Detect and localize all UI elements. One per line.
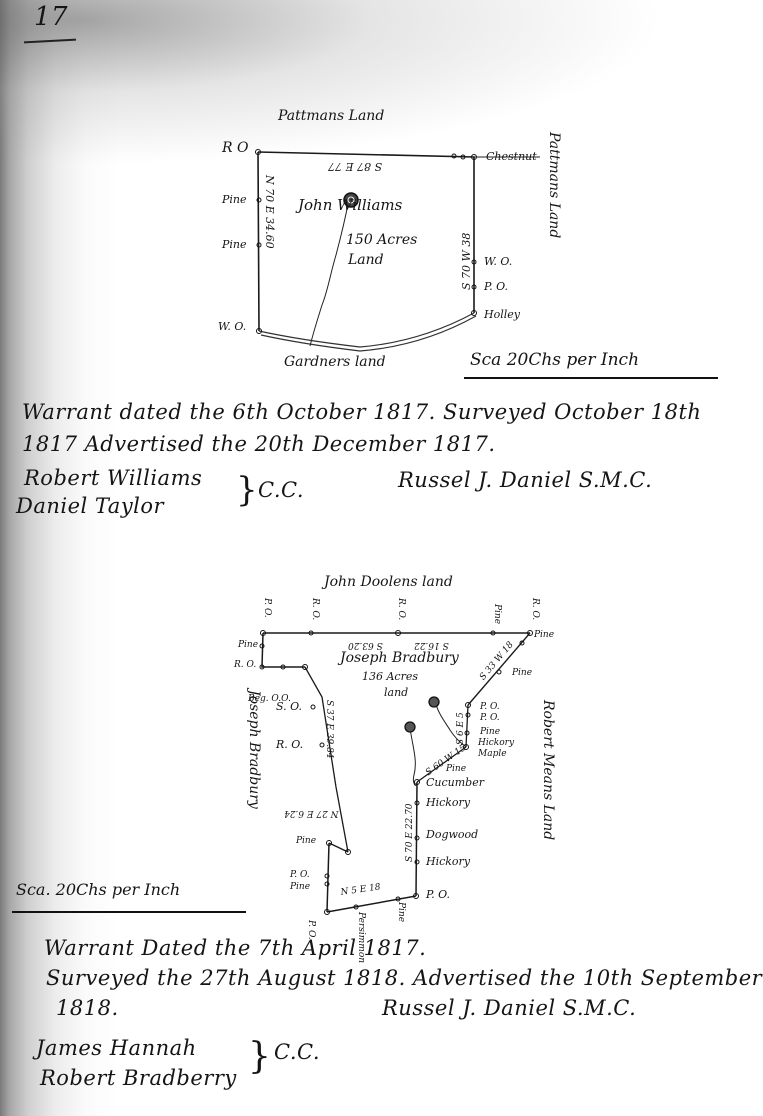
plat2-east-marker-cucumber: Cucumber <box>426 776 484 789</box>
plat2-scale-bar <box>12 911 246 913</box>
record2-line2: Surveyed the 27th August 1818. Advertise… <box>46 966 762 990</box>
plat2-west-marker-ro-2: R. O. <box>276 738 303 751</box>
plat2-east-marker-dogwood: Dogwood <box>426 828 478 841</box>
record2-chain-carrier-2: Robert Bradberry <box>40 1066 237 1090</box>
plat2-call-east-lower: S 70 E 22.70 <box>405 803 415 862</box>
plat2-bottom-marker-pine: Pine <box>396 902 406 922</box>
plat2-call-west-a: S 37 E 39.84 <box>324 700 334 759</box>
plat2-top-marker-4: Pine <box>492 604 502 624</box>
plat2-east-marker-pine-2: Pine <box>512 668 532 678</box>
plat2-call-west-b: N 27 E 6.24 <box>284 808 339 818</box>
plat2-owner-name: Joseph Bradbury <box>340 650 459 666</box>
record2-line1: Warrant Dated the 7th April 1817. <box>44 936 426 960</box>
plat2-top-marker-5: R. O. <box>530 598 540 620</box>
plat2-call-small-a: S 6 E 5 <box>456 712 466 745</box>
plat2-west-marker-pine-3: Pine <box>290 882 310 892</box>
plat2-top-marker-3: R. O. <box>396 598 406 620</box>
record2-surveyor-signature: Russel J. Daniel S.M.C. <box>382 996 636 1020</box>
plat2-scale-label: Sca. 20Chs per Inch <box>16 880 180 899</box>
plat2-east-marker-maple: Maple <box>478 749 507 759</box>
plat2-acreage: 136 Acres <box>362 670 418 683</box>
record2-chain-carrier-1: James Hannah <box>36 1036 197 1060</box>
plat2-call-north-b: S 16.22 <box>414 640 449 650</box>
plat2-top-marker-1: P. O. <box>262 598 272 618</box>
plat2-west-marker-pine-1: Pine <box>238 640 258 650</box>
plat2-west-marker-po-1: P. O. <box>290 870 310 880</box>
plat2-top-marker-2: R. O. <box>310 598 320 620</box>
plat2-east-marker-po-2: P. O. <box>480 713 500 723</box>
plat2-west-marker-ro-1: R. O. <box>234 660 256 670</box>
plat2-call-north-a: S 63.20 <box>348 640 383 650</box>
plat2-east-marker-hickory-3: Hickory <box>426 855 470 868</box>
plat2-east-marker-hickory-2: Hickory <box>426 796 470 809</box>
plat2-west-marker-pine-2: Pine <box>296 836 316 846</box>
plat2-east-marker-po-3: P. O. <box>426 888 450 901</box>
record2-chain-carrier-label: C.C. <box>274 1040 320 1064</box>
plat2-east-marker-po-1: P. O. <box>480 702 500 712</box>
record2-line3: 1818. <box>56 996 119 1020</box>
plat2-east-boundary-label: Robert Means Land <box>540 700 556 840</box>
plat2-east-marker-pine-3: Pine <box>480 727 500 737</box>
plat2-north-boundary-label: John Doolens land <box>324 574 453 590</box>
plat2-west-marker-so: S. O. <box>276 700 302 713</box>
plat2-east-marker-pine-4: Pine <box>446 764 466 774</box>
plat2-west-boundary-label: Joseph Bradbury <box>246 690 262 809</box>
plat2-east-marker-pine-1: Pine <box>534 630 554 640</box>
plat2-acreage-unit: land <box>384 686 408 699</box>
manuscript-page: 17 Pattmans Land Pattmans Land Gardners … <box>0 0 763 1116</box>
record2-brace: } <box>248 1036 271 1077</box>
plat2-east-marker-hickory-1: Hickory <box>478 738 514 748</box>
